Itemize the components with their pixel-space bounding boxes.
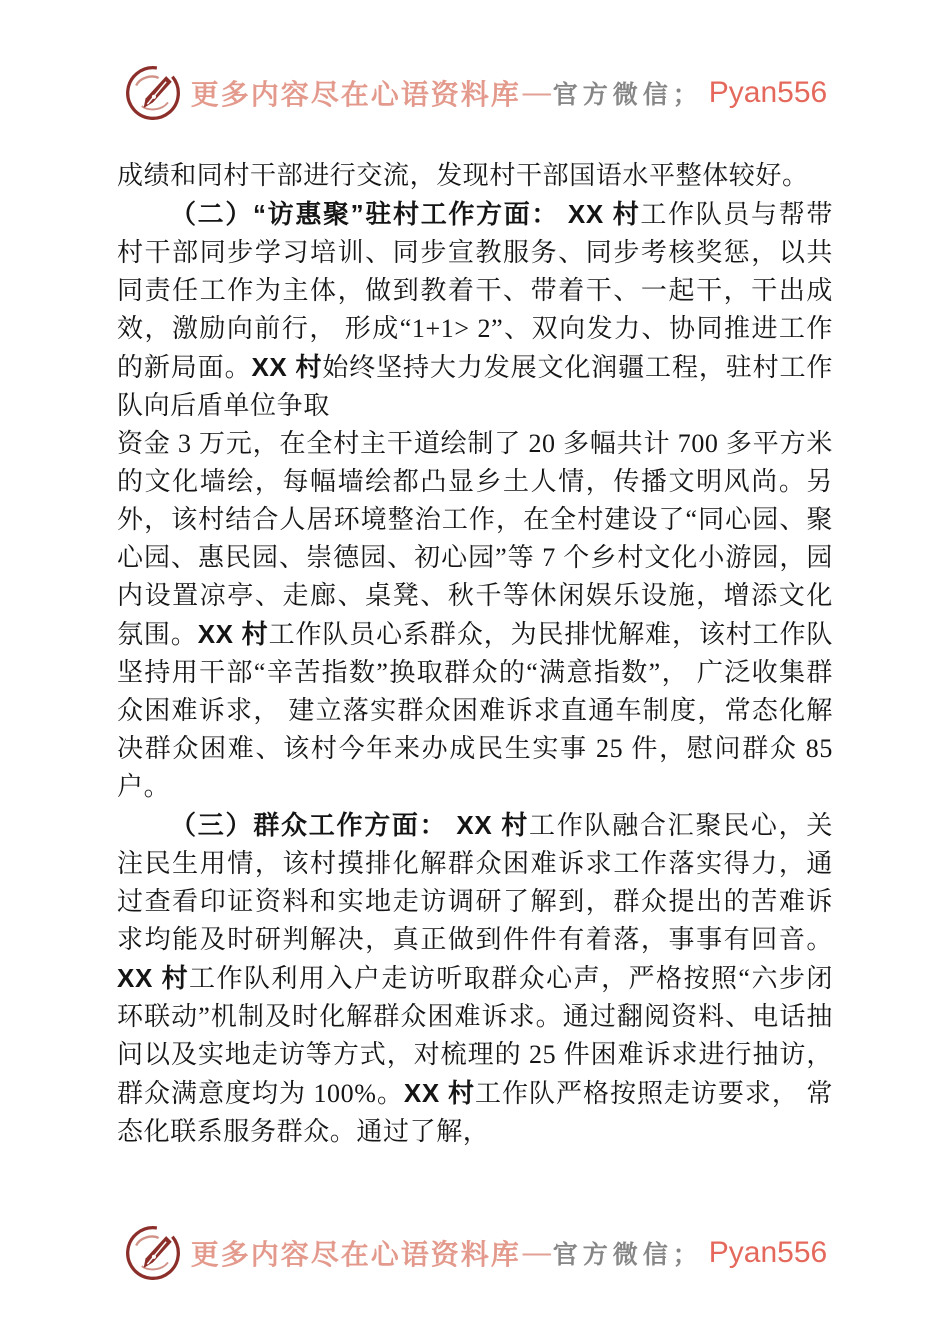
bold-text-run: XX 村 (251, 352, 322, 382)
header-watermark: 更多内容尽在心语资料库—官方微信；Pyan556 (0, 62, 950, 124)
watermark-dash: — (523, 1237, 551, 1269)
watermark-brand-text: 更多内容尽在心语资料库 (191, 73, 521, 113)
bold-text-run: （三）群众工作方面： XX 村 (170, 810, 529, 840)
bold-text-run: （二）“访惠聚”驻村工作方面： XX 村 (170, 199, 640, 229)
document-body: 成绩和同村干部进行交流，发现村干部国语水平整体较好。（二）“访惠聚”驻村工作方面… (117, 157, 833, 1151)
watermark-wechat-account: Pyan556 (709, 76, 827, 110)
paragraph: （三）群众工作方面： XX 村工作队融合汇聚民心，关注民生用情，该村摸排化解群众… (117, 806, 833, 1151)
watermark-channel-label: 官方微信； (553, 75, 703, 111)
text-run: 成绩和同村干部进行交流，发现村干部国语水平整体较好。 (117, 161, 809, 190)
paragraph: 成绩和同村干部进行交流，发现村干部国语水平整体较好。 (117, 157, 833, 195)
watermark-wechat-account: Pyan556 (709, 1236, 827, 1270)
bold-text-run: XX 村 (198, 619, 269, 649)
watermark-brand-text: 更多内容尽在心语资料库 (191, 1233, 521, 1273)
pen-nib-logo-icon (123, 1223, 183, 1283)
paragraph: 资金 3 万元，在全村主干道绘制了 20 多幅共计 700 多平方米的文化墙绘，… (117, 425, 833, 806)
text-run: 资金 3 万元，在全村主干道绘制了 20 多幅共计 700 多平方米的文化墙绘，… (117, 429, 833, 649)
bold-text-run: XX 村 (404, 1078, 475, 1108)
watermark-channel-label: 官方微信； (553, 1235, 703, 1271)
document-page: 更多内容尽在心语资料库—官方微信；Pyan556 成绩和同村干部进行交流，发现村… (0, 0, 950, 1344)
bold-text-run: XX 村 (117, 963, 189, 993)
pen-nib-logo-icon (123, 63, 183, 123)
footer-watermark: 更多内容尽在心语资料库—官方微信；Pyan556 (0, 1222, 950, 1284)
watermark-dash: — (523, 77, 551, 109)
paragraph: （二）“访惠聚”驻村工作方面： XX 村工作队员与帮带村干部同步学习培训、同步宣… (117, 195, 833, 425)
